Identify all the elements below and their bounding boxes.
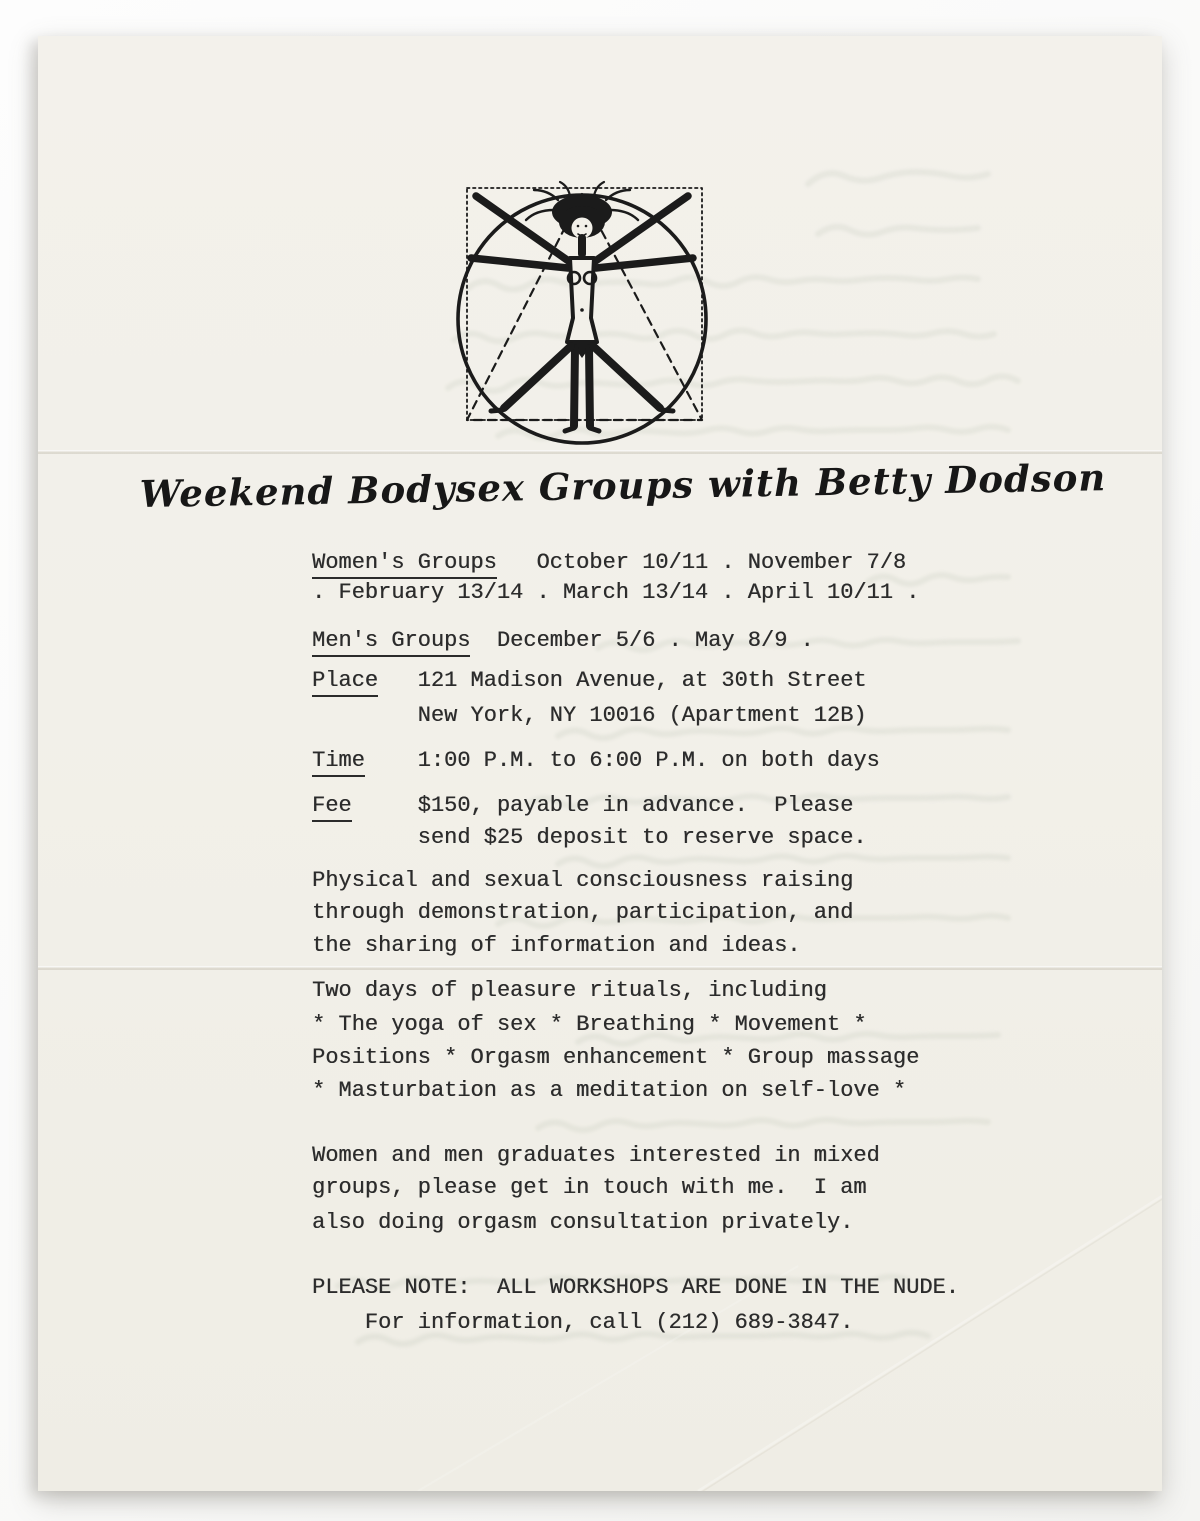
fold-crease [38, 966, 1162, 970]
typed-line-please-note: PLEASE NOTE: ALL WORKSHOPS ARE DONE IN T… [312, 1275, 959, 1301]
section-label: Place [312, 668, 378, 697]
typed-line-phone: For information, call (212) 689-3847. [312, 1310, 853, 1336]
typed-line-fee-2: send $25 deposit to reserve space. [312, 825, 867, 851]
section-label: Men's Groups [312, 628, 470, 657]
typed-line-rituals-1: Two days of pleasure rituals, including [312, 978, 827, 1004]
flyer-page: Weekend Bodysex Groups with Betty Dodson… [38, 36, 1162, 1491]
section-label: Time [312, 748, 365, 777]
section-label: Fee [312, 793, 352, 822]
typed-line-description-3: the sharing of information and ideas. [312, 933, 800, 959]
typed-line-graduates-3: also doing orgasm consultation privately… [312, 1210, 853, 1236]
typed-line-womens-groups: Women's Groups October 10/11 . November … [312, 550, 906, 576]
typed-line-description-1: Physical and sexual consciousness raisin… [312, 868, 853, 894]
typed-line-rituals-4: * Masturbation as a meditation on self-l… [312, 1078, 906, 1104]
handwritten-title: Weekend Bodysex Groups with Betty Dodson [38, 454, 1163, 518]
typed-line-fee: Fee $150, payable in advance. Please [312, 793, 853, 819]
typed-line-rituals-3: Positions * Orgasm enhancement * Group m… [312, 1045, 919, 1071]
typed-line-place-2: New York, NY 10016 (Apartment 12B) [312, 703, 867, 729]
typed-line-time: Time 1:00 P.M. to 6:00 P.M. on both days [312, 748, 880, 774]
fold-crease [38, 450, 1162, 454]
section-label: Women's Groups [312, 550, 497, 579]
vitruvian-woman-illustration [440, 168, 720, 448]
typed-line-mens-groups: Men's Groups December 5/6 . May 8/9 . [312, 628, 814, 654]
typed-line-place: Place 121 Madison Avenue, at 30th Street [312, 668, 867, 694]
typed-line-graduates-2: groups, please get in touch with me. I a… [312, 1175, 867, 1201]
typed-line-womens-dates: . February 13/14 . March 13/14 . April 1… [312, 580, 919, 606]
typed-line-graduates-1: Women and men graduates interested in mi… [312, 1143, 880, 1169]
typed-line-description-2: through demonstration, participation, an… [312, 900, 853, 926]
typed-line-rituals-2: * The yoga of sex * Breathing * Movement… [312, 1012, 867, 1038]
